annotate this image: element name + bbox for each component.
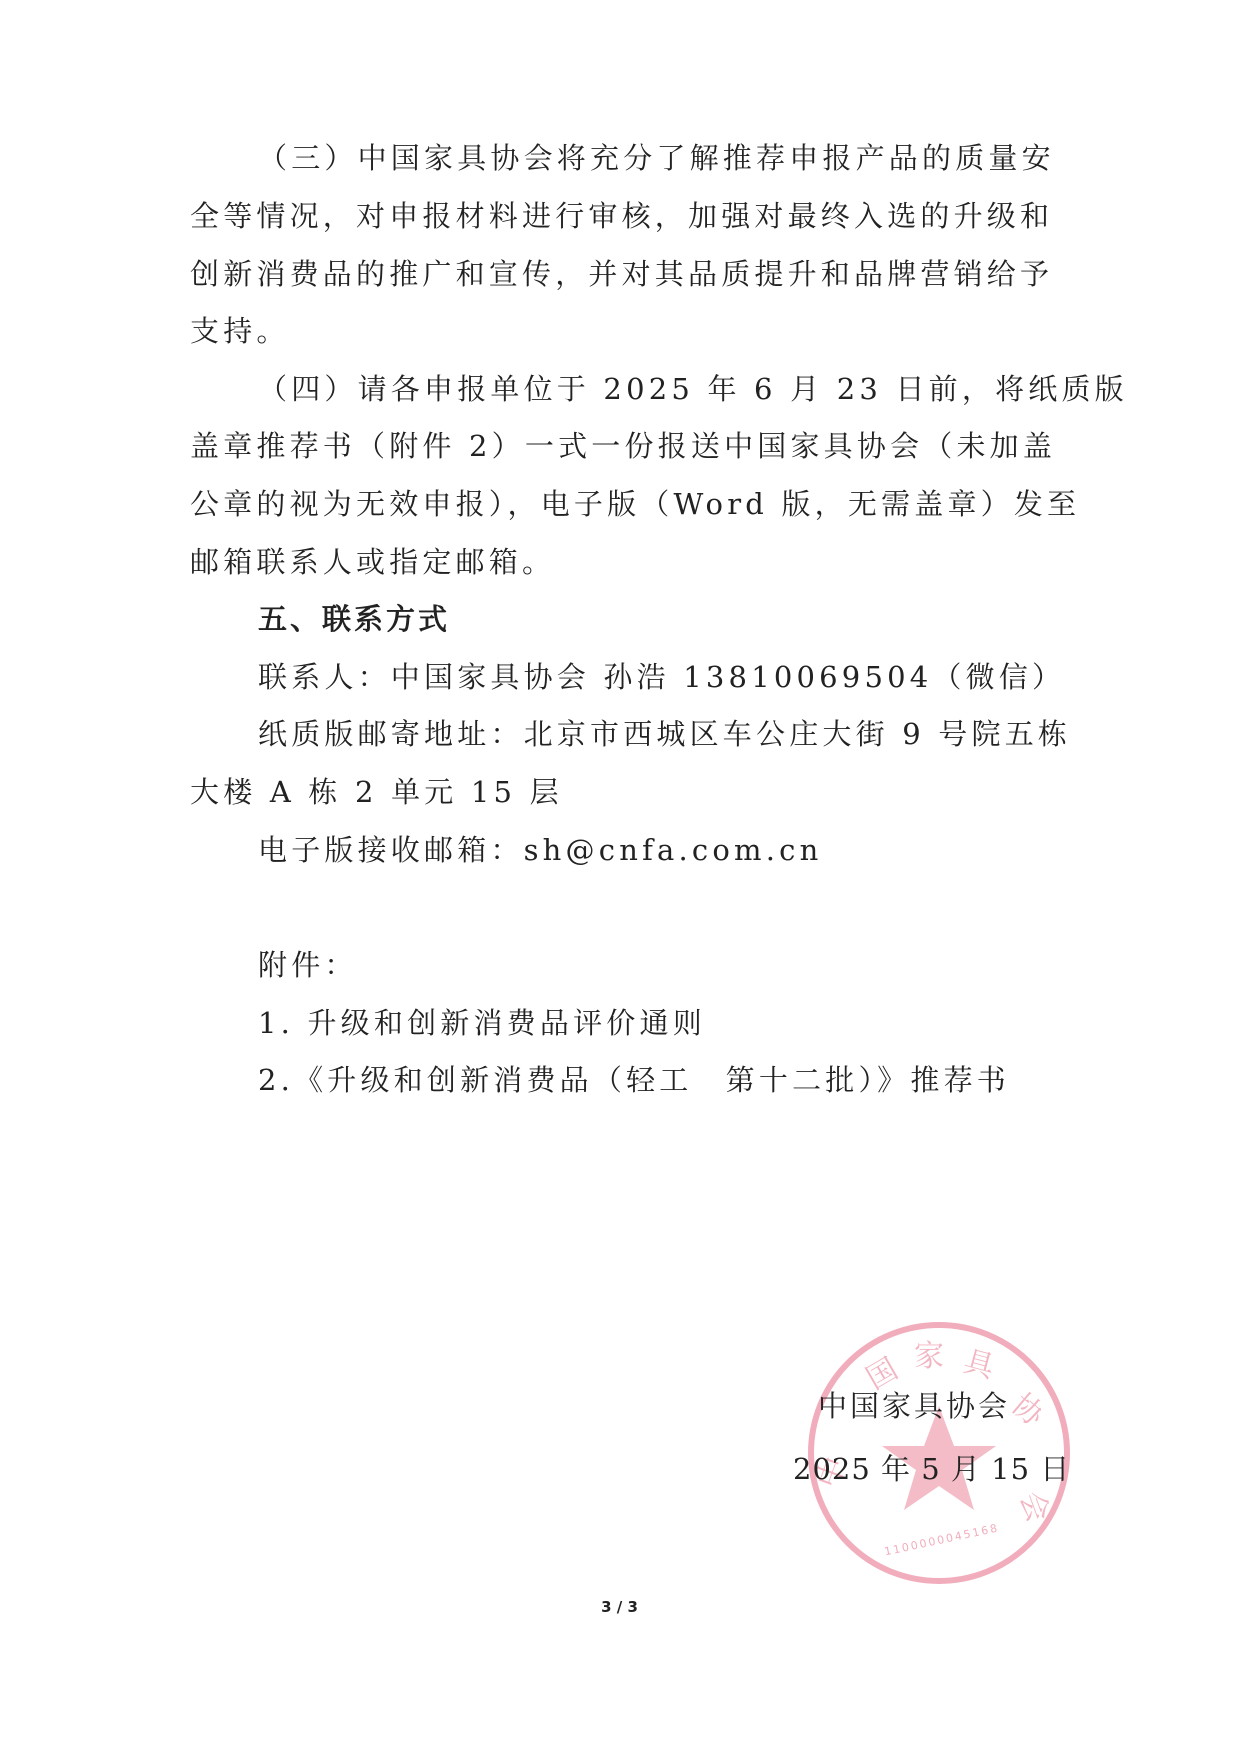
contact-person: 联系人：中国家具协会 孙浩 13810069504（微信）: [258, 657, 1118, 697]
document-page: （三）中国家具协会将充分了解推荐申报产品的质量安 全等情况，对申报材料进行审核，…: [0, 0, 1239, 1752]
attachments-label: 附件：: [258, 945, 1118, 985]
signature-organization: 中国家具协会: [818, 1384, 1010, 1425]
svg-text:协: 协: [1005, 1387, 1051, 1434]
section4-line-3: 公章的视为无效申报），电子版（Word 版，无需盖章）发至: [190, 484, 1050, 524]
mailing-address-line-2: 大楼 A 栋 2 单元 15 层: [190, 772, 1050, 812]
section3-line-3: 创新消费品的推广和宣传，并对其品质提升和品牌营销给予: [190, 254, 1050, 294]
contact-heading: 五、联系方式: [258, 599, 1118, 639]
attachment-item-1: 1. 升级和创新消费品评价通则: [258, 1003, 1118, 1043]
contact-email: 电子版接收邮箱：sh@cnfa.com.cn: [258, 830, 1118, 870]
mailing-address-line-1: 纸质版邮寄地址：北京市西城区车公庄大街 9 号院五栋: [258, 714, 1050, 754]
svg-text:会: 会: [1012, 1487, 1055, 1527]
section3-line-1: （三）中国家具协会将充分了解推荐申报产品的质量安: [258, 138, 1050, 178]
attachment-item-2: 2.《升级和创新消费品（轻工 第十二批）》推荐书: [258, 1060, 1118, 1100]
svg-text:具: 具: [960, 1344, 1000, 1386]
section4-line-2: 盖章推荐书（附件 2）一式一份报送中国家具协会（未加盖: [190, 426, 1050, 466]
page-number: 3 / 3: [0, 1598, 1239, 1616]
svg-text:家: 家: [914, 1339, 944, 1374]
signature-date: 2025 年 5 月 15 日: [793, 1447, 1070, 1488]
section3-line-2: 全等情况，对申报材料进行审核，加强对最终入选的升级和: [190, 196, 1050, 236]
section3-line-4: 支持。: [190, 311, 1050, 351]
svg-text:1100000045168: 1100000045168: [883, 1521, 1000, 1558]
section4-line-4: 邮箱联系人或指定邮箱。: [190, 542, 1050, 582]
section4-line-1: （四）请各申报单位于 2025 年 6 月 23 日前，将纸质版: [258, 369, 1050, 409]
